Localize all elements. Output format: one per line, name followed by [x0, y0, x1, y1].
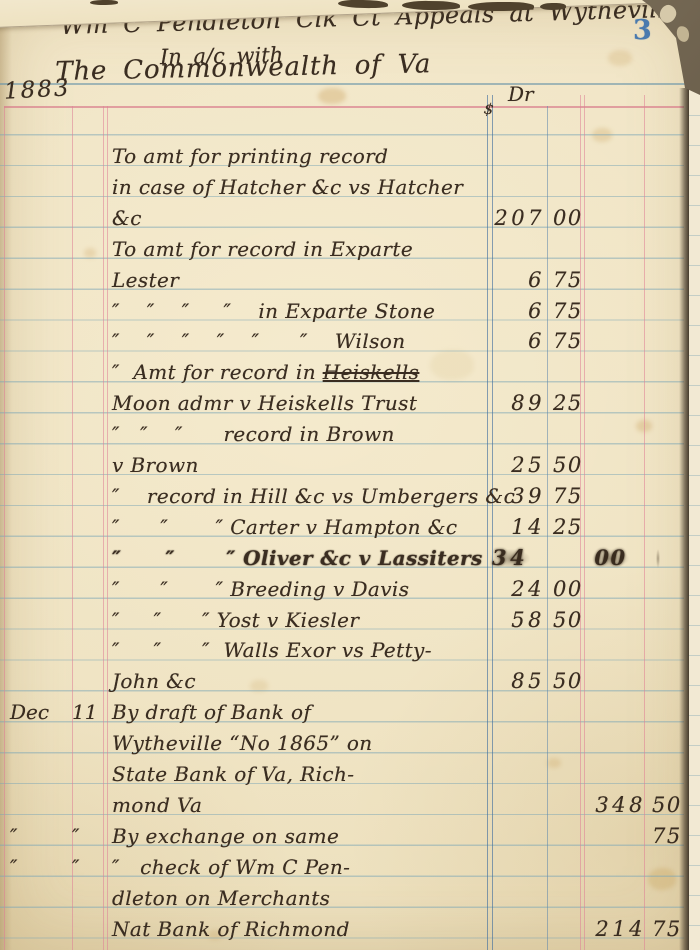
cutoff-writing-fragment [468, 2, 534, 11]
entry-day [72, 357, 102, 388]
debit-dollars: 89 [492, 388, 545, 419]
debit-dollars: 6 [492, 326, 545, 357]
debit-cents: 50 [553, 450, 583, 481]
debit-dollars [492, 728, 545, 759]
page-gutter-shadow [679, 88, 689, 950]
debit-dollars: 24 [492, 574, 545, 605]
credit-cents [652, 172, 682, 203]
credit-cents [652, 481, 682, 512]
entry-month [10, 172, 68, 203]
debit-cents [553, 759, 583, 790]
credit-cents [652, 141, 682, 172]
ledger-row: ″ ″ ″ check of Wm C Pen- [0, 852, 700, 883]
credit-cents [652, 450, 682, 481]
ledger-row: ″ ″ By exchange on same 75 [0, 821, 700, 852]
credit-cents [652, 759, 682, 790]
debit-cents [553, 141, 583, 172]
debit-cents [553, 914, 583, 945]
entry-day [72, 635, 102, 666]
ledger-row: John &c 85 50 [0, 666, 700, 697]
credit-cents [652, 697, 682, 728]
credit-cents [652, 419, 682, 450]
credit-dollars [584, 605, 646, 636]
entry-day: 11 [72, 697, 102, 728]
credit-dollars [584, 635, 646, 666]
entry-month: ″ [10, 821, 68, 852]
credit-cents [652, 388, 682, 419]
dollar-mark: $ [483, 99, 495, 118]
entry-month [10, 326, 68, 357]
entry-month [10, 141, 68, 172]
entry-day [72, 512, 102, 543]
debit-dollars [492, 883, 545, 914]
credit-dollars: 214 [584, 914, 646, 945]
entry-day [72, 790, 102, 821]
entry-month [10, 388, 68, 419]
credit-cents [652, 728, 682, 759]
entry-day [72, 666, 102, 697]
debit-dollars: 39 [492, 481, 545, 512]
credit-dollars [584, 697, 646, 728]
entry-month [10, 234, 68, 265]
entry-month [10, 574, 68, 605]
debit-cents: 50 [553, 666, 583, 697]
ledger-row: ″ Amt for record in Heiskells [0, 357, 700, 388]
debit-cents: 75 [553, 481, 583, 512]
struck-word: Heiskells [323, 360, 420, 384]
ledger-row: To amt for record in Exparte [0, 234, 700, 265]
credit-dollars [584, 728, 646, 759]
credit-cents: 75 [652, 821, 682, 852]
age-stain [318, 88, 346, 104]
credit-dollars [584, 883, 646, 914]
entry-month [10, 450, 68, 481]
ledger-row: ″ record in Hill &c vs Umbergers &c 39 7… [0, 481, 700, 512]
ledger-row: ″ ″ ″ Walls Exor vs Petty- [0, 635, 700, 666]
debit-cents [553, 852, 583, 883]
debit-cents [553, 234, 583, 265]
debit-column-label: Dr [508, 82, 534, 106]
debit-cents [553, 419, 583, 450]
ledger-row: ″ ″ ″ Yost v Kiesler 58 50 [0, 605, 700, 636]
credit-cents [652, 296, 682, 327]
ledger-row: Moon admr v Heiskells Trust 89 25 [0, 388, 700, 419]
entry-day [72, 203, 102, 234]
header-pink-rule [4, 106, 684, 108]
ledger-row: ″ ″ ″ Oliver &c v Lassiters 34 00 [0, 543, 700, 574]
entry-day [72, 728, 102, 759]
credit-dollars [584, 481, 646, 512]
entry-month [10, 265, 68, 296]
debit-cents [553, 172, 583, 203]
debit-cents [553, 790, 583, 821]
credit-dollars [584, 326, 646, 357]
debit-cents: 50 [553, 605, 583, 636]
ledger-row: ″ ″ ″ ″ in Exparte Stone 6 75 [0, 296, 700, 327]
debit-dollars [492, 821, 545, 852]
debit-dollars [492, 914, 545, 945]
ledger-row: ″ ″ ″ record in Brown [0, 419, 700, 450]
credit-dollars [584, 203, 646, 234]
ledger-row: ″ ″ ″ Carter v Hampton &c 14 25 [0, 512, 700, 543]
entry-text: ″ ″ ″ Oliver &c v Lassiters [112, 543, 672, 574]
entry-month [10, 914, 68, 945]
ledger-row: Dec 11 By draft of Bank of [0, 697, 700, 728]
debit-cents [553, 697, 583, 728]
debit-dollars [492, 234, 545, 265]
debit-dollars [492, 172, 545, 203]
entry-day [72, 265, 102, 296]
entry-month [10, 605, 68, 636]
debit-cents [553, 728, 583, 759]
ledger-row: Wytheville “No 1865” on [0, 728, 700, 759]
credit-dollars [584, 172, 646, 203]
entry-month: ″ [10, 852, 68, 883]
entry-month [10, 419, 68, 450]
debit-dollars [492, 635, 545, 666]
entry-day [72, 543, 102, 574]
entry-day: ″ [72, 852, 102, 883]
entry-month [10, 635, 68, 666]
entry-day [72, 141, 102, 172]
debit-cents [553, 821, 583, 852]
credit-cents [652, 357, 682, 388]
ledger-row: State Bank of Va, Rich- [0, 759, 700, 790]
debit-dollars [492, 697, 545, 728]
entry-month [10, 357, 68, 388]
ledger-entries: To amt for printing record in case of Ha… [0, 141, 700, 946]
debit-cents: 25 [553, 388, 583, 419]
credit-cents [652, 666, 682, 697]
debit-dollars: 6 [492, 265, 545, 296]
entry-month: Dec [10, 697, 68, 728]
debit-cents: 75 [553, 265, 583, 296]
credit-cents [652, 605, 682, 636]
entry-day [72, 914, 102, 945]
credit-dollars [584, 759, 646, 790]
credit-cents [652, 883, 682, 914]
year-label: 1883 [3, 75, 71, 104]
credit-dollars [584, 265, 646, 296]
credit-dollars: 348 [584, 790, 646, 821]
ledger-row: in case of Hatcher &c vs Hatcher [0, 172, 700, 203]
entry-day [72, 296, 102, 327]
debit-cents [553, 357, 583, 388]
entry-day [72, 388, 102, 419]
entry-month [10, 296, 68, 327]
cutoff-writing-fragment [90, 0, 118, 5]
ledger-row: Nat Bank of Richmond 214 75 [0, 914, 700, 945]
credit-dollars [584, 666, 646, 697]
debit-cents: 75 [553, 326, 583, 357]
credit-cents [652, 203, 682, 234]
entry-day: ″ [72, 821, 102, 852]
credit-dollars [584, 296, 646, 327]
debit-cents: 00 [553, 203, 583, 234]
entry-day [72, 883, 102, 914]
ledger-row: &c 207 00 [0, 203, 700, 234]
credit-dollars [584, 419, 646, 450]
debit-dollars [492, 790, 545, 821]
credit-cents [652, 265, 682, 296]
entry-day [72, 419, 102, 450]
cutoff-writing-fragment [540, 3, 566, 10]
entry-day [72, 234, 102, 265]
ledger-row: ″ ″ ″ Breeding v Davis 24 00 [0, 574, 700, 605]
ledger-row: v Brown 25 50 [0, 450, 700, 481]
entry-day [72, 172, 102, 203]
entry-month [10, 728, 68, 759]
credit-dollars [584, 450, 646, 481]
debit-cents: 00 [594, 545, 626, 570]
entry-month [10, 666, 68, 697]
debit-cents: 75 [553, 296, 583, 327]
debit-cents [553, 635, 583, 666]
entry-day [72, 326, 102, 357]
ledger-page-scan: Wm C Pendleton Clk Ct Appeals at Wythevi… [0, 0, 700, 950]
debit-dollars: 6 [492, 296, 545, 327]
debit-dollars: 85 [492, 666, 545, 697]
ledger-row: mond Va 348 50 [0, 790, 700, 821]
page-number: 3 [633, 15, 652, 46]
entry-day [72, 759, 102, 790]
next-page-edge [689, 55, 700, 950]
debit-dollars: 58 [492, 605, 545, 636]
debit-dollars: 14 [492, 512, 545, 543]
credit-cents [652, 512, 682, 543]
entry-day [72, 605, 102, 636]
credit-cents [652, 635, 682, 666]
ledger-row: To amt for printing record [0, 141, 700, 172]
debit-dollars [492, 419, 545, 450]
entry-day [72, 481, 102, 512]
credit-cents [652, 852, 682, 883]
credit-cents [652, 574, 682, 605]
ledger-row: ″ ″ ″ ″ ″ ″ Wilson 6 75 [0, 326, 700, 357]
entry-day [72, 450, 102, 481]
debit-dollars [492, 141, 545, 172]
credit-cents [652, 234, 682, 265]
ledger-row: Lester 6 75 [0, 265, 700, 296]
entry-month [10, 790, 68, 821]
credit-dollars [584, 141, 646, 172]
credit-dollars [584, 388, 646, 419]
debit-cents: 00 [553, 574, 583, 605]
debit-dollars [492, 357, 545, 388]
ledger-row: dleton on Merchants [0, 883, 700, 914]
debit-dollars: 34 [492, 545, 528, 570]
debit-dollars [492, 852, 545, 883]
entry-month [10, 883, 68, 914]
credit-cents: 75 [652, 914, 682, 945]
credit-dollars [584, 821, 646, 852]
credit-dollars [584, 574, 646, 605]
credit-dollars [584, 234, 646, 265]
debit-dollars: 207 [492, 203, 545, 234]
credit-cents: 50 [652, 790, 682, 821]
credit-dollars [584, 512, 646, 543]
entry-month [10, 543, 68, 574]
entry-month [10, 512, 68, 543]
age-stain [608, 50, 632, 66]
entry-month [10, 203, 68, 234]
credit-dollars [584, 852, 646, 883]
debit-dollars [492, 759, 545, 790]
entry-month [10, 481, 68, 512]
credit-cents [652, 326, 682, 357]
debit-dollars: 25 [492, 450, 545, 481]
debit-cents [553, 883, 583, 914]
entry-month [10, 759, 68, 790]
credit-dollars [584, 357, 646, 388]
debit-cents: 25 [553, 512, 583, 543]
entry-day [72, 574, 102, 605]
